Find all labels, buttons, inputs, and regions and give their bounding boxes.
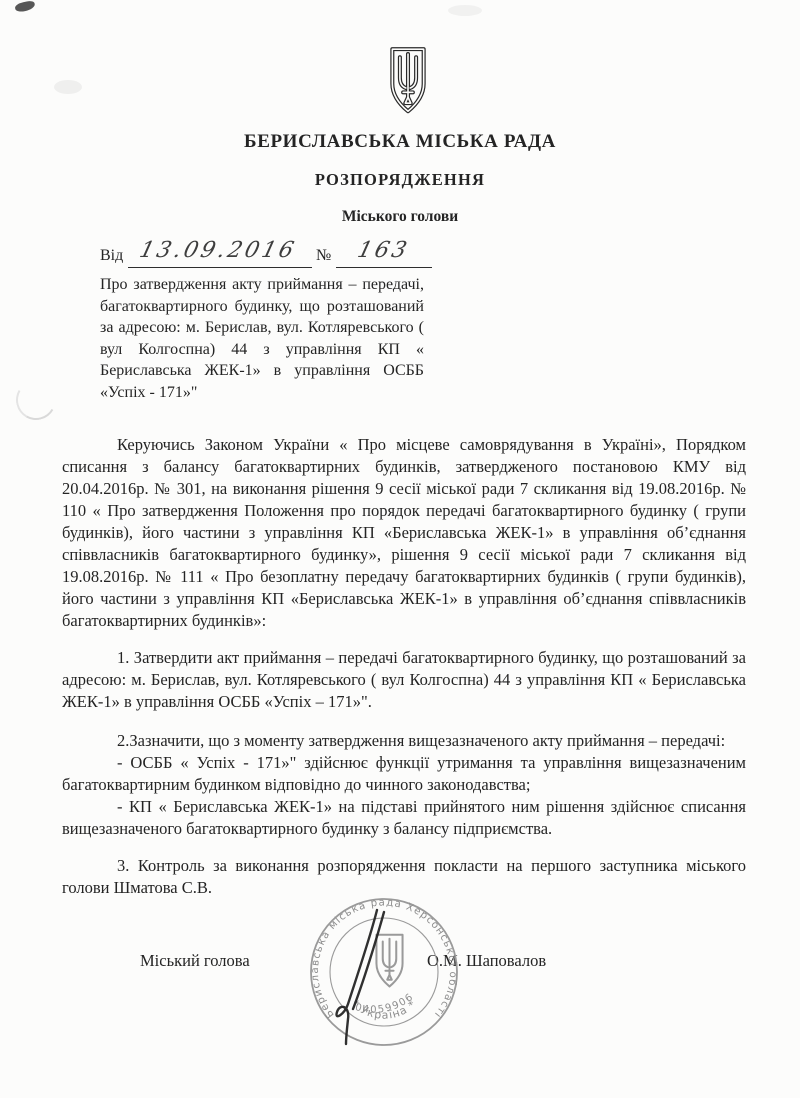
tryzub-emblem-icon bbox=[381, 45, 435, 117]
document-page: БЕРИСЛАВСЬКА МІСЬКА РАДА РОЗПОРЯДЖЕННЯ М… bbox=[0, 0, 800, 1098]
preamble-paragraph: Керуючись Законом України « Про місцеве … bbox=[62, 434, 746, 632]
handwritten-number: 163 bbox=[355, 238, 412, 263]
from-label: Від bbox=[100, 247, 123, 265]
scan-artifact-smudge bbox=[54, 80, 82, 94]
scan-artifact-corner-mark bbox=[14, 0, 35, 13]
number-label: № bbox=[316, 247, 331, 265]
document-author-title: Міського голови bbox=[0, 208, 800, 226]
subject-paragraph: Про затвердження акту приймання – переда… bbox=[100, 274, 424, 403]
item-2-sub-1: - ОСББ « Успіх - 171»" здійснює функції … bbox=[62, 752, 746, 796]
scan-artifact-smudge bbox=[448, 5, 482, 16]
handwritten-signature bbox=[318, 893, 442, 1055]
document-body: Керуючись Законом України « Про місцеве … bbox=[62, 434, 746, 899]
item-2-sub-2: - КП « Бериславська ЖЕК-1» на підставі п… bbox=[62, 796, 746, 840]
signatory-title: Міський голова bbox=[140, 951, 250, 971]
document-type-title: РОЗПОРЯДЖЕННЯ bbox=[0, 170, 800, 190]
scan-artifact-curve bbox=[12, 376, 61, 425]
number-underline bbox=[336, 267, 432, 268]
item-1: 1. Затвердити акт приймання – передачі б… bbox=[62, 647, 746, 713]
date-underline bbox=[128, 267, 312, 268]
item-2-intro: 2.Зазначити, що з моменту затвердження в… bbox=[62, 730, 746, 752]
handwritten-date: 13.09.2016 bbox=[137, 238, 299, 263]
organization-name: БЕРИСЛАВСЬКА МІСЬКА РАДА bbox=[0, 131, 800, 153]
